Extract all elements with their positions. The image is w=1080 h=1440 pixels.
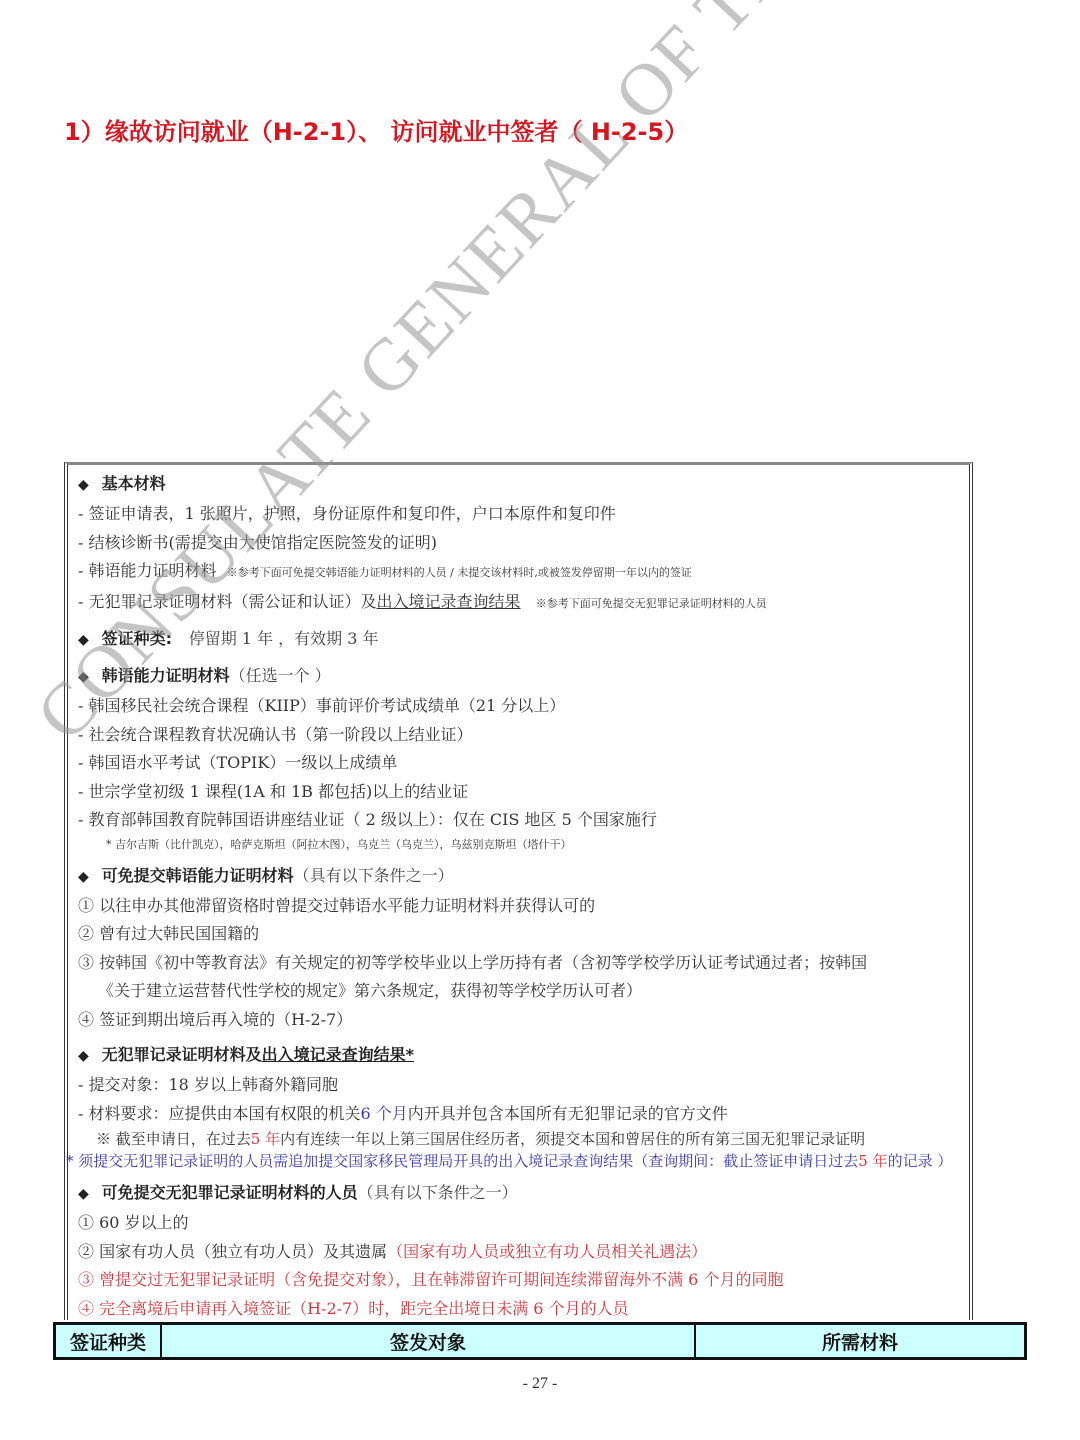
list-item: - 材料要求：应提供由本国有权限的机关6 个月内开具并包含本国所有无犯罪记录的官… (78, 1100, 963, 1129)
diamond-bullet-icon: ◆ (78, 470, 96, 500)
diamond-bullet-icon: ◆ (78, 1041, 96, 1071)
column-header-visa-type: 签证种类 (56, 1325, 162, 1357)
list-item: - 社会统合课程教育状况确认书（第一阶段以上结业证） (78, 721, 963, 750)
list-item: ③ 曾提交过无犯罪记录证明（含免提交对象），且在韩滞留许可期间连续滞留海外不满 … (78, 1266, 963, 1295)
list-item-continuation: 《关于建立运营替代性学校的规定》第六条规定，获得初等学校学历认可者） (78, 977, 963, 1006)
section-basic-heading: ◆ 基本材料 (78, 469, 963, 500)
list-item: ③ 按韩国《初中等教育法》有关规定的初等学校毕业以上学历持有者（含初等学校学历认… (78, 949, 963, 978)
diamond-bullet-icon: ◆ (78, 625, 96, 655)
note: ※参考下面可免提交无犯罪记录证明材料的人员 (536, 597, 767, 610)
highlight-red: 5 年 (251, 1130, 280, 1148)
visa-table-header: 签证种类 签发对象 所需材料 (53, 1322, 1027, 1360)
list-item: ① 60 岁以上的 (78, 1209, 963, 1238)
list-item: - 无犯罪记录证明材料（需公证和认证）及出入境记录查询结果 ※参考下面可免提交无… (78, 588, 963, 619)
list-item: - 韩国语水平考试（TOPIK）一级以上成绩单 (78, 749, 963, 778)
note: ※参考下面可免提交韩语能力证明材料的人员 / 未提交该材料时,或被签发停留期一年… (227, 566, 692, 579)
list-item: - 韩国移民社会统合课程（KIIP）事前评价考试成绩单（21 分以上） (78, 692, 963, 721)
highlight-blue: 6 个月 (361, 1104, 408, 1123)
list-item: - 教育部韩国教育院韩国语讲座结业证（ 2 级以上）：仅在 CIS 地区 5 个… (78, 806, 963, 835)
list-item: - 韩语能力证明材料 ※参考下面可免提交韩语能力证明材料的人员 / 未提交该材料… (78, 557, 963, 588)
highlight-red: 5 年 (858, 1152, 887, 1170)
note-line: ※ 截至申请日，在过去5 年内有连续一年以上第三国居住经历者，须提交本国和曾居住… (78, 1128, 963, 1150)
list-item: - 签证申请表，1 张照片，护照，身份证原件和复印件，户口本原件和复印件 (78, 500, 963, 529)
section-crime-record-heading: ◆ 无犯罪记录证明材料及出入境记录查询结果* (78, 1040, 963, 1071)
highlight-red: （国家有功人员或独立有功人员相关礼遇法） (387, 1242, 707, 1261)
diamond-bullet-icon: ◆ (78, 662, 96, 692)
section-crime-exempt-heading: ◆ 可免提交无犯罪记录证明材料的人员（具有以下条件之一） (78, 1178, 963, 1209)
list-item: - 世宗学堂初级 1 课程(1A 和 1B 都包括)以上的结业证 (78, 778, 963, 807)
footnote: * 吉尔吉斯（比什凯克），哈萨克斯坦（阿拉木图），乌克兰（乌克兰），乌兹别克斯坦… (78, 835, 963, 855)
list-item: ② 曾有过大韩民国国籍的 (78, 920, 963, 949)
page-title: 1）缘故访问就业（H-2-1）、 访问就业中签者（ H-2-5） (64, 112, 688, 147)
section-korean-exempt-heading: ◆ 可免提交韩语能力证明材料（具有以下条件之一） (78, 861, 963, 892)
list-item: ④ 完全离境后申请再入境签证（H-2-7）时，距完全出境日未满 6 个月的人员 (78, 1295, 963, 1324)
column-header-issue-target: 签发对象 (162, 1325, 696, 1357)
section-visa-type: ◆ 签证种类: 停留期 1 年 ，有效期 3 年 (78, 624, 963, 655)
requirements-box: ◆ 基本材料 - 签证申请表，1 张照片，护照，身份证原件和复印件，户口本原件和… (64, 462, 973, 1320)
list-item: - 结核诊断书(需提交由大使馆指定医院签发的证明) (78, 529, 963, 558)
star-note-line: * 须提交无犯罪记录证明的人员需追加提交国家移民管理局开具的出入境记录查询结果（… (66, 1150, 963, 1172)
list-item: - 提交对象：18 岁以上韩裔外籍同胞 (78, 1071, 963, 1100)
visa-type-value: 停留期 1 年 ，有效期 3 年 (189, 629, 379, 648)
diamond-bullet-icon: ◆ (78, 862, 96, 892)
list-item: ④ 签证到期出境后再入境的（H-2-7） (78, 1006, 963, 1035)
list-item: ② 国家有功人员（独立有功人员）及其遗属（国家有功人员或独立有功人员相关礼遇法） (78, 1238, 963, 1267)
column-header-required-materials: 所需材料 (696, 1325, 1024, 1357)
section-korean-proof-heading: ◆ 韩语能力证明材料（任选一个 ） (78, 661, 963, 692)
underlined-term: 出入境记录查询结果* (262, 1045, 414, 1064)
list-item: ① 以往申办其他滞留资格时曾提交过韩语水平能力证明材料并获得认可的 (78, 892, 963, 921)
diamond-bullet-icon: ◆ (78, 1179, 96, 1209)
page-number: - 27 - (0, 1375, 1080, 1393)
underlined-term: 出入境记录查询结果 (377, 592, 521, 611)
